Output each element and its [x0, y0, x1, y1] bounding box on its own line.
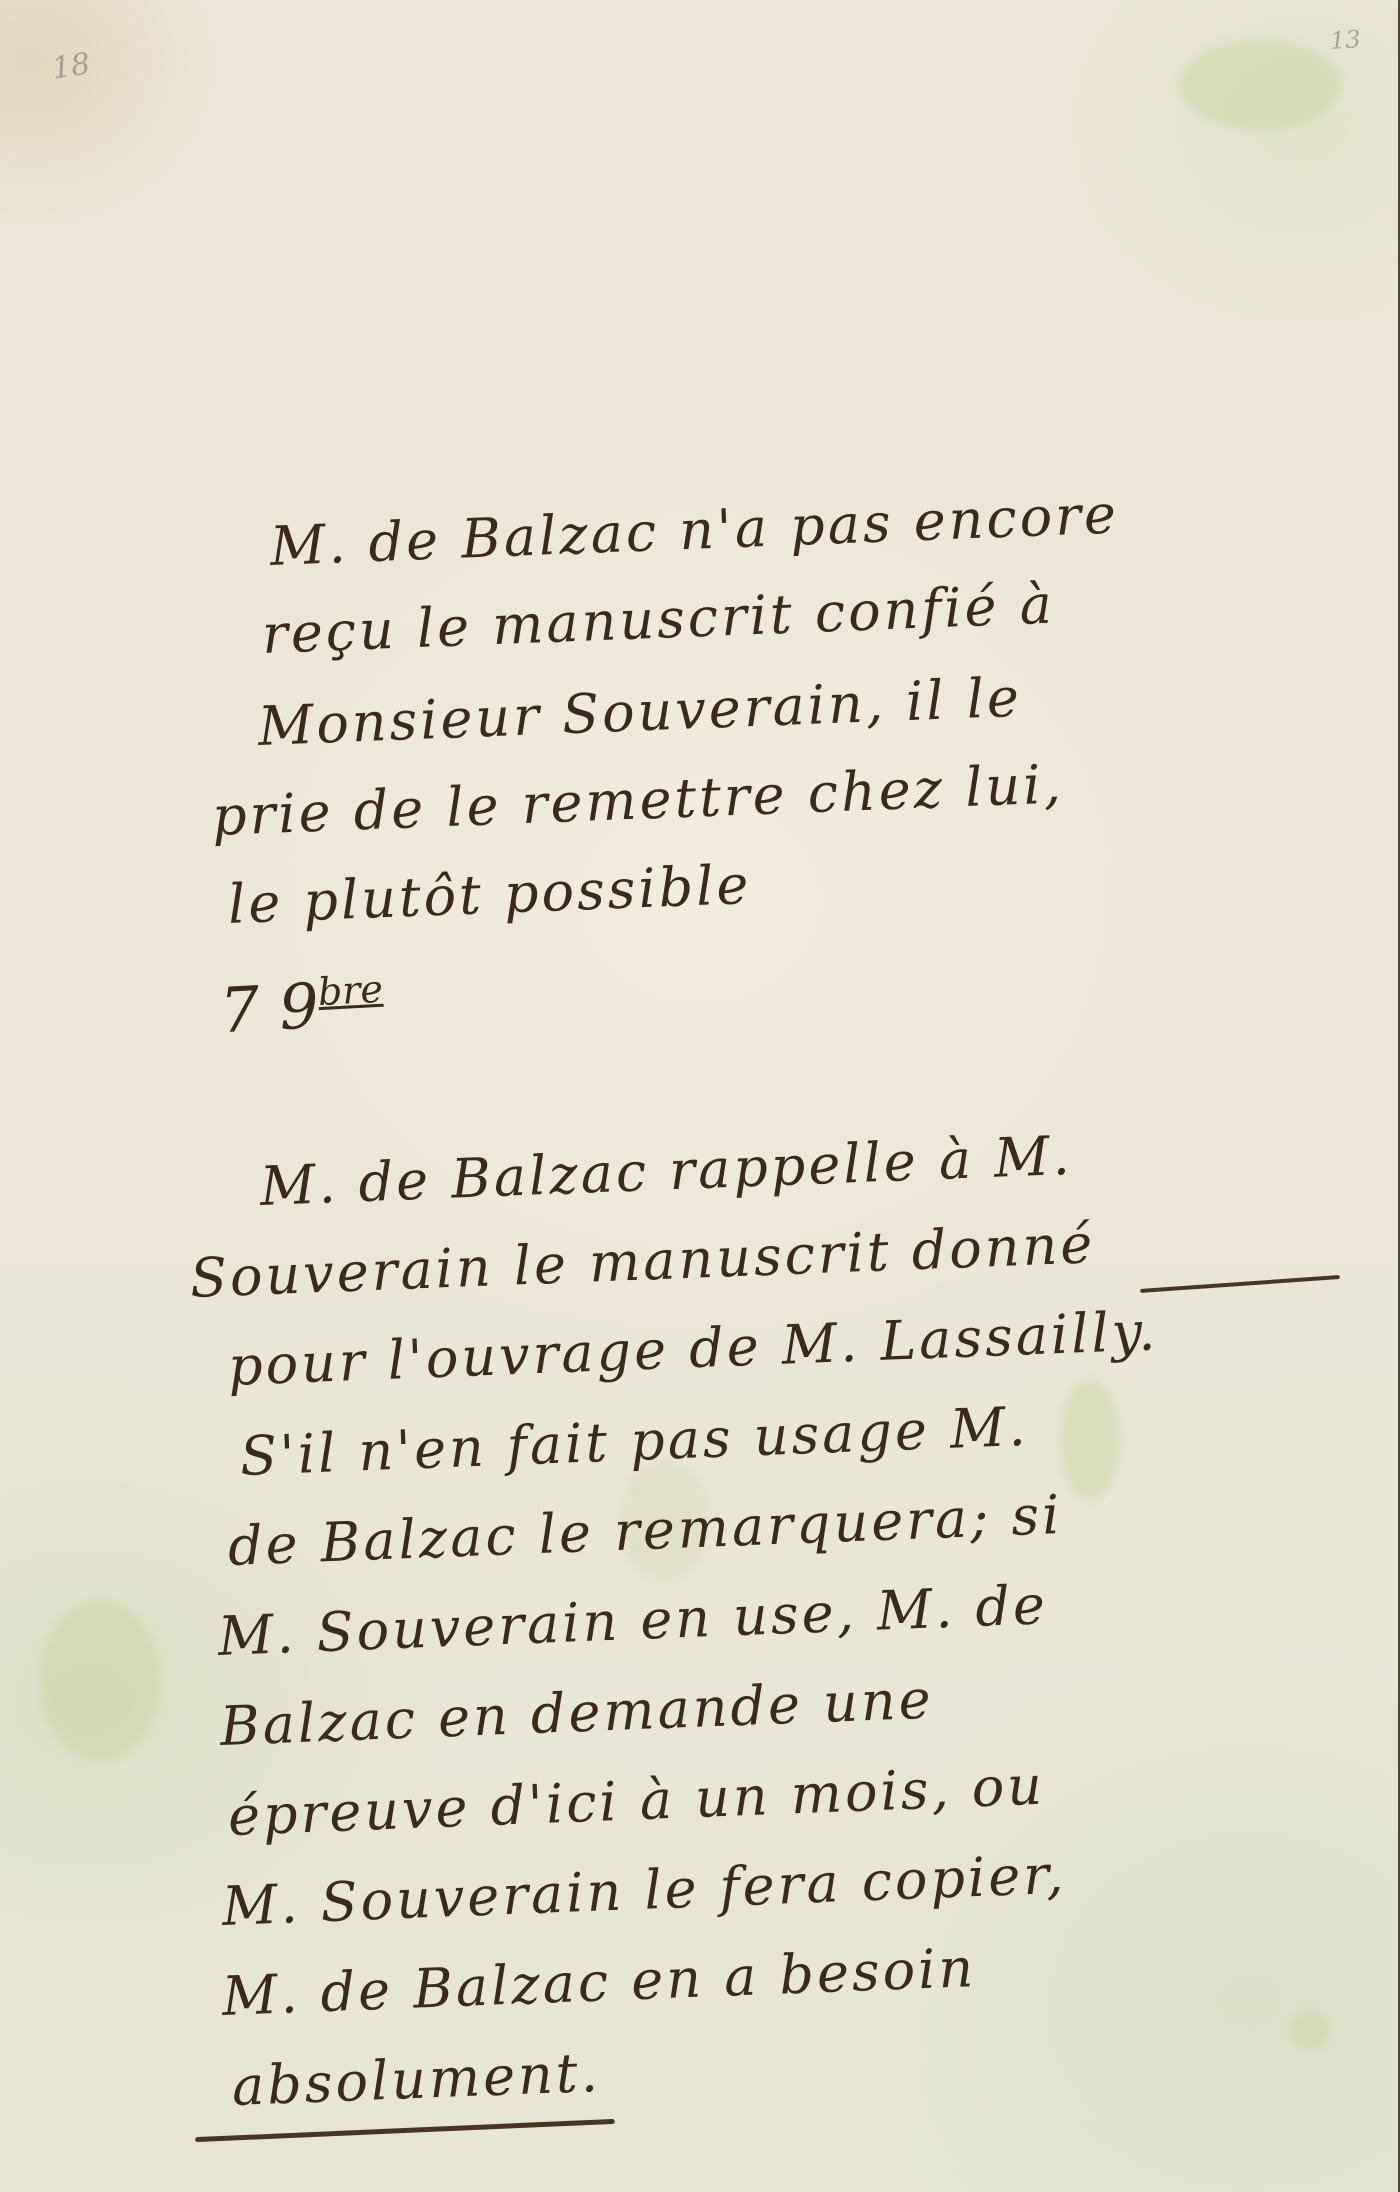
paragraph-2-line-7: Balzac en demande une: [219, 1673, 935, 1754]
paragraph-1-line-5: le plutôt possible: [227, 858, 752, 932]
paper-stain: [1290, 2010, 1330, 2050]
paragraph-2-line-3: pour l'ouvrage de M. Lassailly.: [227, 1304, 1159, 1394]
paper-stain: [1180, 40, 1340, 130]
paper-stain: [1060, 1380, 1120, 1500]
paragraph-2-line-5: de Balzac le remarquera; si: [227, 1488, 1063, 1574]
date-day: 7: [218, 972, 261, 1047]
paragraph-2-line-2: Souverain le manuscrit donné: [189, 1217, 1096, 1306]
manuscript-page: 18 13 M. de Balzac n'a pas encore reçu l…: [0, 0, 1400, 2192]
paragraph-2-line-1: M. de Balzac rappelle à M.: [259, 1129, 1074, 1214]
paragraph-2-line-6: M. Souverain en use, M. de: [217, 1578, 1049, 1664]
paragraph-2-line-4: S'il n'en fait pas usage M.: [239, 1400, 1029, 1484]
paragraph-1-line-3: Monsieur Souverain, il le: [257, 671, 1023, 754]
date-month-suffix: bre: [317, 967, 384, 1014]
paragraph-2-line-8: épreuve d'ici à un mois, ou: [227, 1759, 1046, 1844]
archival-pencil-mark-top-right: 13: [1329, 27, 1361, 53]
paragraph-2-line-10: M. de Balzac en a besoin: [221, 1941, 977, 2024]
paper-stain: [40, 1600, 160, 1760]
paragraph-2-line-11: absolument.: [231, 2046, 602, 2114]
closing-underline-stroke: [195, 2119, 615, 2142]
paragraph-1-line-4: prie de le remettre chez lui,: [211, 757, 1065, 844]
date-month: 9: [277, 969, 320, 1044]
paragraph-1-line-2: reçu le manuscrit confié à: [261, 578, 1056, 662]
archival-pencil-mark-top-left: 18: [50, 49, 92, 84]
letter-date: 7 9bre: [218, 966, 385, 1047]
paragraph-2-line-9: M. Souverain le fera copier,: [221, 1848, 1067, 1934]
paragraph-1-line-1: M. de Balzac n'a pas encore: [269, 487, 1120, 574]
underline-stroke: [1140, 1275, 1340, 1293]
